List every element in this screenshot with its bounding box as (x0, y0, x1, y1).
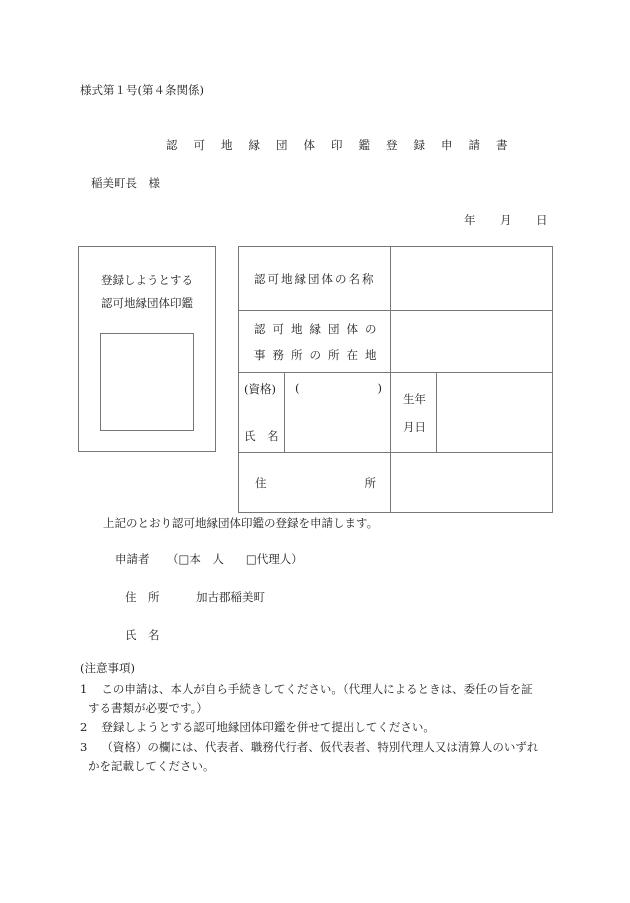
title-char: 録 (414, 137, 442, 153)
note-item-1: 1この申請は、本人が自ら手続きしてください。（代理人によるときは、委任の旨を証 (80, 679, 533, 700)
declaration-text: 上記のとおり認可地縁団体印鑑の登録を申請します。 (103, 515, 378, 531)
qualification-name-field[interactable]: ( ) (285, 373, 391, 453)
org-name-field[interactable] (391, 247, 553, 311)
title-char: 登 (386, 137, 414, 153)
option-agent-label: 代理人 (257, 552, 292, 566)
seal-label-line1: 登録しようとする (79, 272, 215, 288)
birthdate-field[interactable] (437, 373, 553, 453)
title-char: 認 (166, 137, 194, 153)
qualification-name-label: (資格) 氏 名 (239, 373, 285, 453)
birthdate-label: 生年 月日 (391, 373, 437, 453)
date-year-label: 年 (464, 212, 476, 228)
title-char: 縁 (249, 137, 277, 153)
office-address-field[interactable] (391, 311, 553, 373)
option-self-label: 本 人 (189, 552, 224, 566)
seal-box: 登録しようとする 認可地縁団体印鑑 (78, 246, 216, 452)
note-item-3: 3（資格）の欄には、代表者、職務代行者、仮代表者、特別代理人又は清算人のいずれ (80, 737, 538, 758)
applicant-label: 申請者 (115, 551, 150, 567)
applicant-address-label: 住 所 (125, 589, 160, 605)
address-field[interactable] (391, 453, 553, 513)
applicant-address-field[interactable]: 加古郡稲美町 (196, 589, 265, 605)
org-name-label: 認可地縁団体の名称 (239, 247, 391, 311)
title-char: 書 (496, 137, 524, 153)
title-char: 可 (194, 137, 222, 153)
seal-label-line2: 認可地縁団体印鑑 (79, 295, 215, 311)
applicant-type-options: （□本 人□代理人） (167, 551, 303, 567)
application-form-table: 認可地縁団体の名称 認可地縁団体の 事務所の所在地 (資格) 氏 名 ( ) 生… (238, 246, 553, 513)
notes-heading: (注意事項) (80, 658, 135, 679)
title-char: 鑑 (359, 137, 387, 153)
title-char: 団 (276, 137, 304, 153)
form-number: 様式第１号(第４条関係) (80, 82, 204, 98)
date-month-label: 月 (500, 212, 512, 228)
date-day-label: 日 (536, 212, 548, 228)
office-address-label: 認可地縁団体の 事務所の所在地 (239, 311, 391, 373)
title-char: 申 (441, 137, 469, 153)
title-char: 請 (469, 137, 497, 153)
title-char: 体 (304, 137, 332, 153)
addressee: 稲美町長 様 (91, 175, 160, 191)
seal-imprint-area[interactable] (100, 333, 194, 431)
applicant-name-field[interactable] (196, 627, 396, 643)
title-char: 印 (331, 137, 359, 153)
note-item-2: 2登録しようとする認可地縁団体印鑑を併せて提出してください。 (80, 717, 435, 738)
checkbox-self[interactable]: □ (179, 552, 190, 566)
page-title: 認可地縁団体印鑑登録申請書 (166, 137, 524, 153)
applicant-name-label: 氏 名 (125, 627, 160, 643)
note-item-3-cont: かを記載してください。 (88, 756, 215, 777)
title-char: 地 (221, 137, 249, 153)
checkbox-agent[interactable]: □ (246, 552, 257, 566)
address-label: 住 所 (239, 453, 391, 513)
note-item-1-cont: する書類が必要です。） (88, 698, 208, 719)
